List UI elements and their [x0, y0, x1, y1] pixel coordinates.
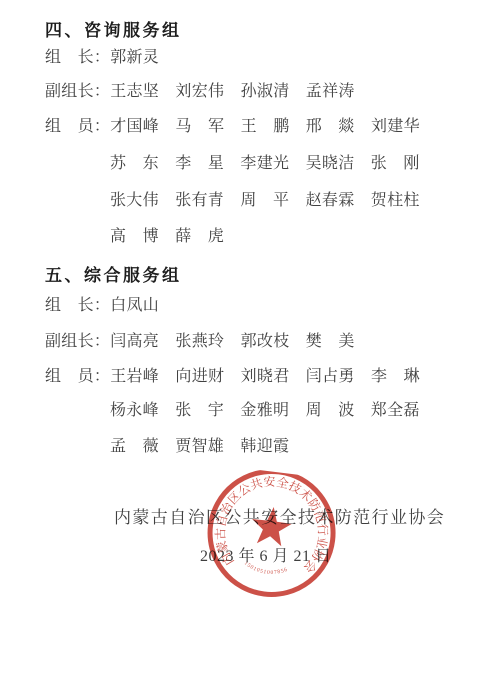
seal-star-icon	[249, 505, 293, 548]
names-line: 郭新灵	[110, 49, 159, 66]
names-line: 高 博 薛 虎	[110, 227, 224, 247]
members-row: 组 员：才国峰 马 军 王 鹏 邢 燚 刘建华	[45, 117, 420, 137]
role-label-deputy: 副组长：	[45, 83, 110, 100]
names-line: 闫高亮 张燕玲 郭改枝 樊 美	[110, 333, 355, 350]
role-label-members: 组 员：	[45, 118, 110, 135]
names-line: 白凤山	[110, 297, 159, 314]
names-line: 张大伟 张有青 周 平 赵春霖 贺柱柱	[110, 191, 420, 211]
names-line: 王岩峰 向进财 刘晓君 闫占勇 李 琳	[110, 368, 420, 385]
seal-serial-number: 1501051007856	[242, 560, 289, 578]
names-line: 苏 东 李 星 李建光 吴晓洁 张 刚	[110, 154, 420, 174]
deputy-leader-row: 副组长：闫高亮 张燕玲 郭改枝 樊 美	[45, 332, 355, 352]
role-label-leader: 组 长：	[45, 49, 110, 66]
leader-row: 组 长：郭新灵	[45, 48, 159, 68]
names-line: 才国峰 马 军 王 鹏 邢 燚 刘建华	[110, 118, 420, 135]
leader-row: 组 长：白凤山	[45, 296, 159, 316]
section-heading: 五、综合服务组	[45, 261, 182, 286]
names-line: 杨永峰 张 宇 金雅明 周 波 郑全磊	[110, 401, 420, 421]
role-label-members: 组 员：	[45, 368, 110, 385]
names-line: 孟 薇 贾智雄 韩迎霞	[110, 437, 289, 457]
role-label-deputy: 副组长：	[45, 333, 110, 350]
section-heading: 四、咨询服务组	[45, 16, 182, 41]
deputy-leader-row: 副组长：王志坚 刘宏伟 孙淑清 孟祥涛	[45, 82, 355, 102]
official-seal-stamp: 内蒙古自治区公共安全技术防范行业协会 1501051007856	[199, 465, 345, 611]
document-page: 四、咨询服务组 组 长：郭新灵 副组长：王志坚 刘宏伟 孙淑清 孟祥涛 组 员：…	[0, 0, 480, 696]
members-row: 组 员：王岩峰 向进财 刘晓君 闫占勇 李 琳	[45, 367, 420, 387]
names-line: 王志坚 刘宏伟 孙淑清 孟祥涛	[110, 83, 355, 100]
role-label-leader: 组 长：	[45, 297, 110, 314]
